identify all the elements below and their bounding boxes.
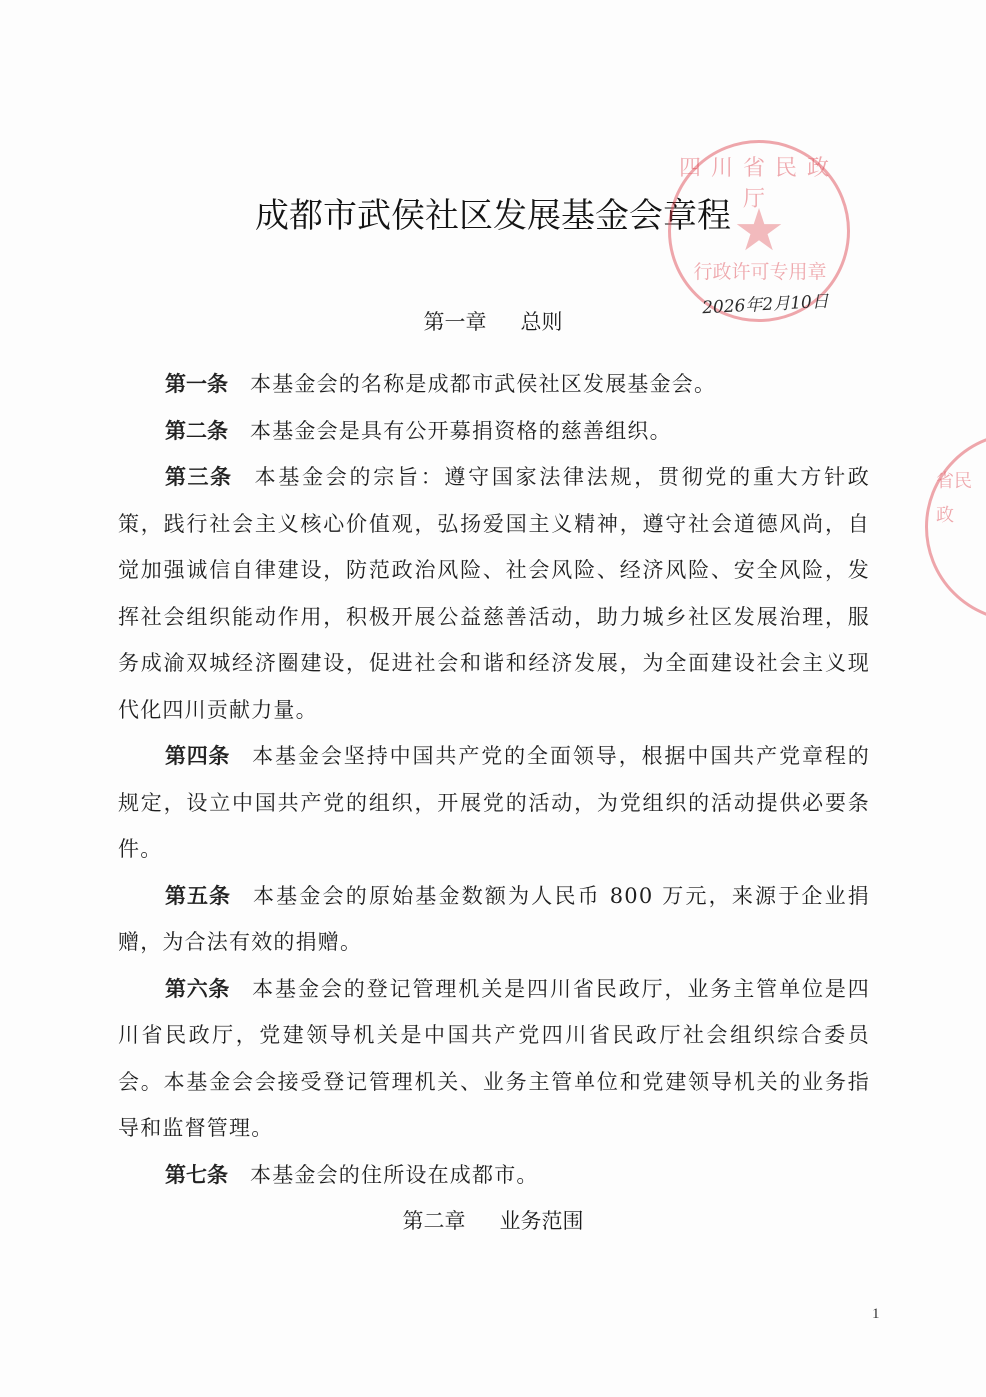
article-label: 第七条 (165, 1163, 228, 1187)
article-text: 本基金会的宗旨：遵守国家法律法规，贯彻党的重大方针政策，践行社会主义核心价值观，… (118, 465, 870, 722)
chapter-title: 业务范围 (500, 1209, 584, 1233)
article-label: 第六条 (165, 977, 230, 1001)
article-text: 本基金会的住所设在成都市。 (250, 1163, 539, 1187)
chapter-heading-2: 第二章业务范围 (0, 1205, 986, 1235)
article-text: 本基金会的登记管理机关是四川省民政厅，业务主管单位是四川省民政厅，党建领导机关是… (118, 977, 870, 1141)
articles-section: 第一条本基金会的名称是成都市武侯社区发展基金会。 第二条本基金会是具有公开募捐资… (118, 361, 870, 1198)
article-2: 第二条本基金会是具有公开募捐资格的慈善组织。 (118, 408, 870, 455)
star-icon: ★ (733, 201, 785, 259)
article-1: 第一条本基金会的名称是成都市武侯社区发展基金会。 (118, 361, 870, 408)
edge-seal-text: 省民政 (936, 465, 976, 533)
article-6: 第六条本基金会的登记管理机关是四川省民政厅，业务主管单位是四川省民政厅，党建领导… (118, 966, 870, 1152)
article-text: 本基金会的名称是成都市武侯社区发展基金会。 (250, 372, 716, 396)
article-label: 第二条 (165, 419, 228, 443)
chapter-title: 总则 (521, 310, 563, 334)
article-label: 第一条 (165, 372, 228, 396)
article-text: 本基金会是具有公开募捐资格的慈善组织。 (250, 419, 672, 443)
chapter-number: 第二章 (403, 1209, 466, 1233)
article-7: 第七条本基金会的住所设在成都市。 (118, 1152, 870, 1199)
article-3: 第三条本基金会的宗旨：遵守国家法律法规，贯彻党的重大方针政策，践行社会主义核心价… (118, 454, 870, 733)
article-5: 第五条本基金会的原始基金数额为人民币 800 万元，来源于企业捐赠，为合法有效的… (118, 873, 870, 966)
seal-bottom-text: 行政许可专用章 (681, 257, 839, 284)
document-page: 成都市武侯社区发展基金会章程 四川省民政厅 ★ 行政许可专用章 2026年2月1… (0, 0, 986, 1397)
page-number: 1 (872, 1306, 880, 1323)
article-text: 本基金会坚持中国共产党的全面领导，根据中国共产党章程的规定，设立中国共产党的组织… (118, 744, 870, 861)
article-4: 第四条本基金会坚持中国共产党的全面领导，根据中国共产党章程的规定，设立中国共产党… (118, 733, 870, 873)
article-label: 第五条 (165, 884, 231, 908)
article-label: 第三条 (165, 465, 233, 489)
chapter-heading-1: 第一章总则 (0, 306, 986, 336)
article-label: 第四条 (165, 744, 230, 768)
edge-seal: 省民政 (925, 432, 986, 622)
chapter-number: 第一章 (424, 310, 487, 334)
